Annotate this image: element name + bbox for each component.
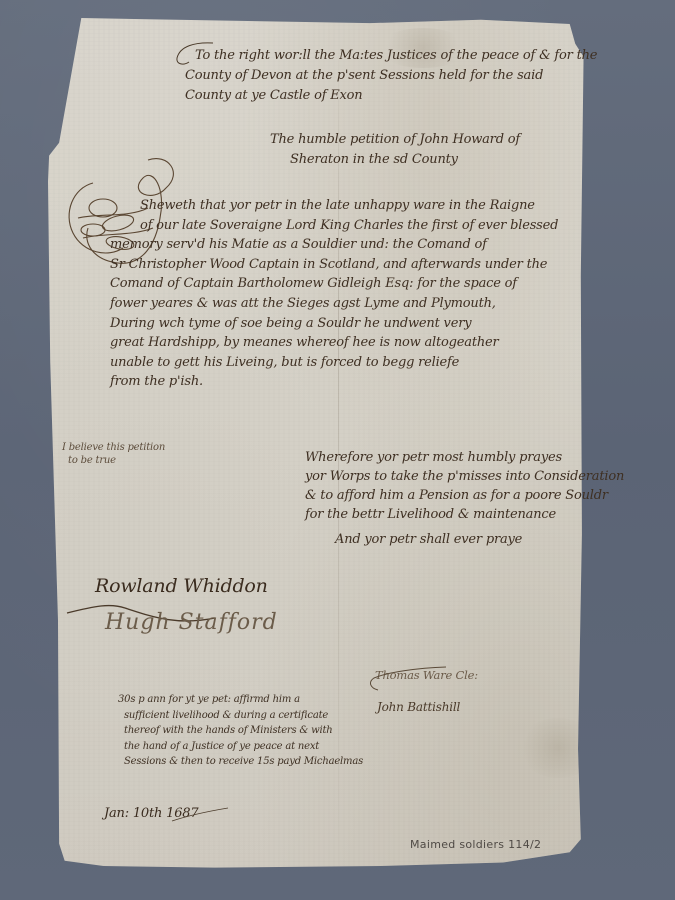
order-line: sufficient livelihood & during a certifi… bbox=[124, 708, 363, 724]
order-line: the hand of a Justice of ye peace at nex… bbox=[124, 739, 363, 755]
margin-note-line: to be true bbox=[68, 454, 165, 467]
body-line: Sr Christopher Wood Captain in Scotland,… bbox=[110, 255, 558, 275]
signature-rowland-whiddon: Rowland Whiddon bbox=[95, 575, 268, 597]
archive-reference-label: Maimed soldiers 114/2 bbox=[410, 838, 541, 851]
order-line: 30s p ann for yt ye pet: affirmd him a bbox=[118, 692, 363, 708]
signature-hugh-stafford: Hugh Stafford bbox=[105, 610, 278, 635]
prayer-line: for the bettr Livelihood & maintenance bbox=[305, 505, 624, 524]
body-line: from the p'ish. bbox=[110, 372, 558, 392]
margin-note: I believe this petition to be true bbox=[62, 441, 165, 467]
petition-body: Sheweth that yor petr in the late unhapp… bbox=[140, 196, 558, 392]
petitioner-line: Sheraton in the sd County bbox=[290, 150, 520, 170]
order-date: Jan: 10th 1687 bbox=[104, 806, 198, 821]
body-line: Sheweth that yor petr in the late unhapp… bbox=[140, 196, 558, 216]
address-line: County at ye Castle of Exon bbox=[185, 86, 597, 106]
body-line: fower yeares & was att the Sieges agst L… bbox=[110, 294, 558, 314]
address-line: To the right wor:ll the Ma:tes Justices … bbox=[195, 46, 597, 66]
prayer-closing: And yor petr shall ever praye bbox=[335, 532, 522, 547]
prayer-line: Wherefore yor petr most humbly prayes bbox=[305, 448, 624, 467]
body-line: Comand of Captain Bartholomew Gidleigh E… bbox=[110, 274, 558, 294]
margin-note-line: I believe this petition bbox=[62, 441, 165, 454]
order-line: Sessions & then to receive 15s payd Mich… bbox=[124, 754, 363, 770]
body-line: unable to gett his Liveing, but is force… bbox=[110, 353, 558, 373]
petition-address: To the right wor:ll the Ma:tes Justices … bbox=[195, 46, 597, 106]
petitioner-line: The humble petition of John Howard of bbox=[270, 130, 520, 150]
signature-john-battishill: John Battishill bbox=[377, 700, 460, 714]
petitioner-name: The humble petition of John Howard of Sh… bbox=[270, 130, 520, 170]
court-order-note: 30s p ann for yt ye pet: affirmd him a s… bbox=[118, 692, 363, 770]
prayer-line: & to afford him a Pension as for a poore… bbox=[305, 486, 624, 505]
address-line: County of Devon at the p'sent Sessions h… bbox=[185, 66, 597, 86]
body-line: great Hardshipp, by meanes whereof hee i… bbox=[110, 333, 558, 353]
petition-prayer: Wherefore yor petr most humbly prayes yo… bbox=[305, 448, 624, 524]
order-line: thereof with the hands of Ministers & wi… bbox=[124, 723, 363, 739]
body-line: During wch tyme of soe being a Souldr he… bbox=[110, 314, 558, 334]
body-line: of our late Soveraigne Lord King Charles… bbox=[140, 216, 558, 236]
signature-thomas-ware: Thomas Ware Cle: bbox=[375, 668, 478, 682]
body-line: memory serv'd his Matie as a Souldier un… bbox=[110, 235, 558, 255]
prayer-line: yor Worps to take the p'misses into Cons… bbox=[305, 467, 624, 486]
